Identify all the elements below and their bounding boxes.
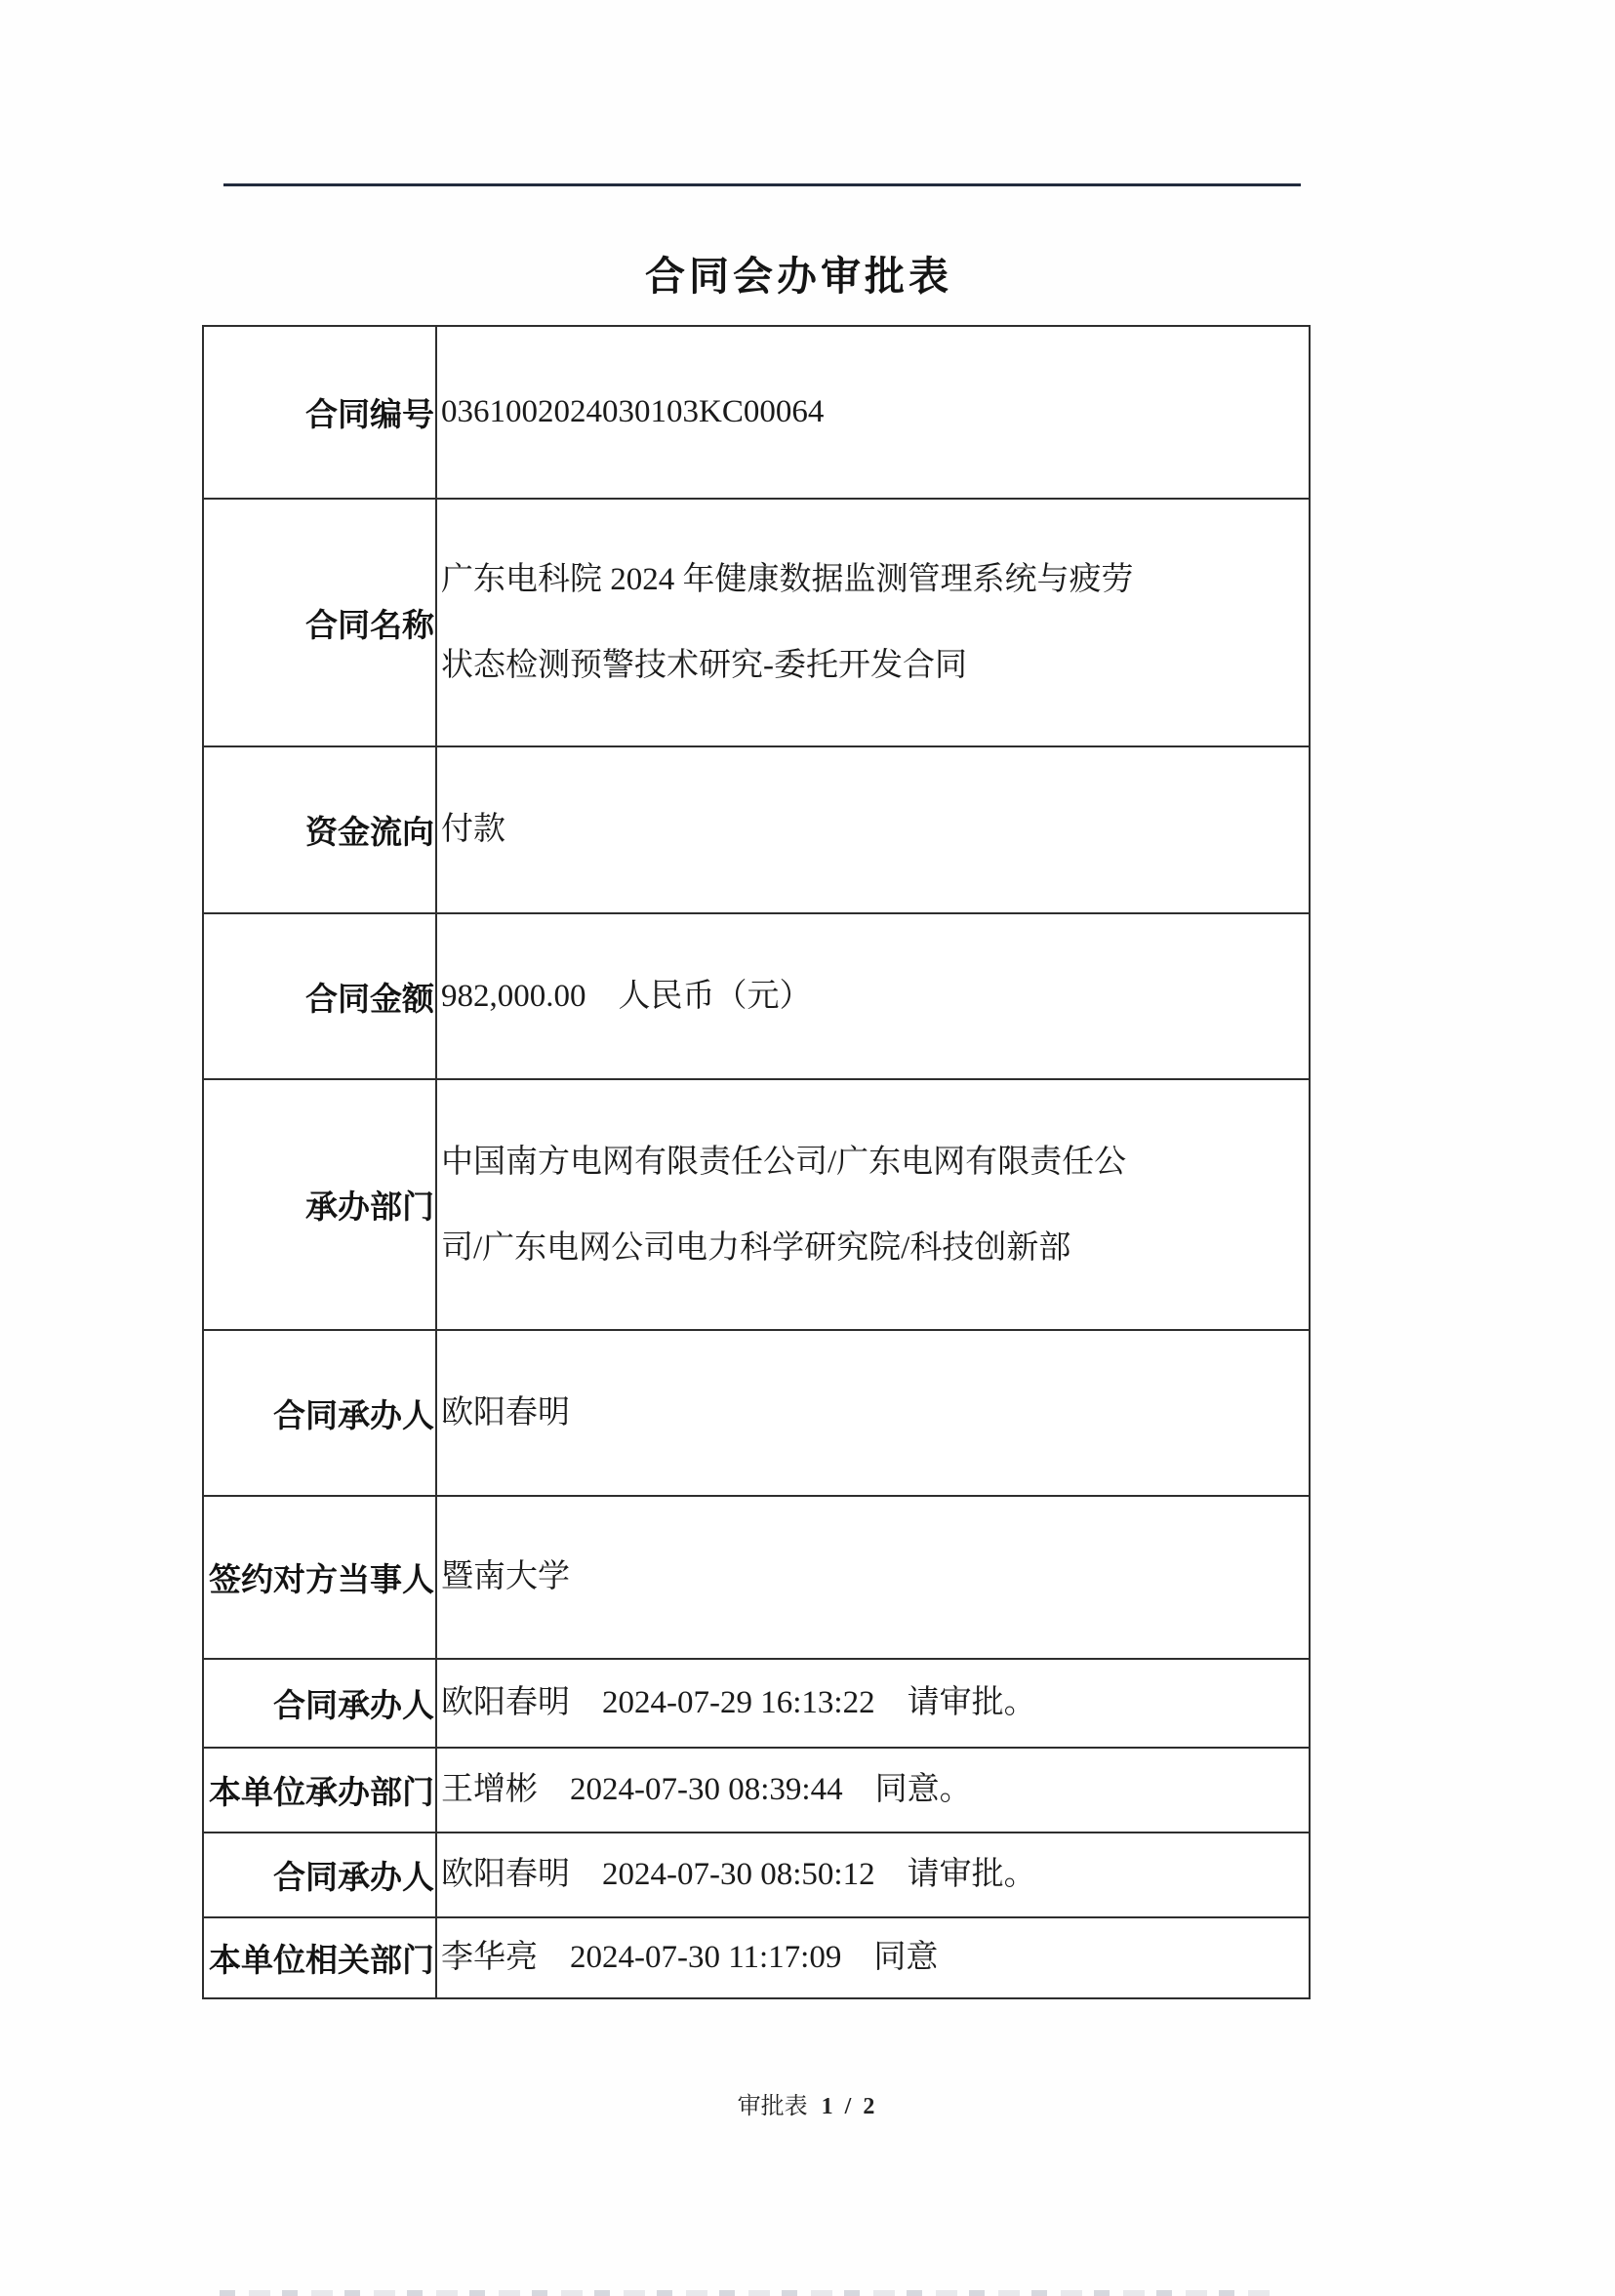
footer-label: 审批表: [738, 2094, 808, 2119]
table-row: 合同金额982,000.00 人民币（元）: [204, 912, 1309, 1078]
table-row: 资金流向付款: [204, 745, 1309, 912]
row-value: 欧阳春明 2024-07-30 08:50:12 请审批。: [437, 1833, 1309, 1916]
page-footer: 审批表1 / 2: [0, 2086, 1615, 2120]
row-value: 欧阳春明: [437, 1331, 1309, 1495]
row-label: 合同金额: [204, 914, 437, 1078]
table-row: 本单位相关部门李华亮 2024-07-30 11:17:09 同意: [204, 1916, 1309, 1997]
scanned-document-page: 合同会办审批表 合同编号0361002024030103KC00064合同名称广…: [0, 0, 1615, 2296]
row-label: 合同承办人: [204, 1833, 437, 1916]
row-label: 资金流向: [204, 747, 437, 912]
row-label: 本单位承办部门: [204, 1749, 437, 1832]
row-label: 承办部门: [204, 1080, 437, 1329]
row-value: 0361002024030103KC00064: [437, 327, 1309, 498]
approval-table: 合同编号0361002024030103KC00064合同名称广东电科院 202…: [202, 325, 1311, 1999]
row-value: 中国南方电网有限责任公司/广东电网有限责任公 司/广东电网公司电力科学研究院/科…: [437, 1080, 1309, 1329]
row-value: 欧阳春明 2024-07-29 16:13:22 请审批。: [437, 1660, 1309, 1747]
row-label: 签约对方当事人: [204, 1497, 437, 1658]
table-row: 合同承办人欧阳春明 2024-07-29 16:13:22 请审批。: [204, 1658, 1309, 1747]
table-row: 签约对方当事人暨南大学: [204, 1495, 1309, 1658]
row-value: 付款: [437, 747, 1309, 912]
footer-page-number: 1 / 2: [822, 2094, 878, 2119]
page-title: 合同会办审批表: [0, 244, 1606, 302]
table-row: 合同名称广东电科院 2024 年健康数据监测管理系统与疲劳 状态检测预警技术研究…: [204, 498, 1309, 745]
table-row: 本单位承办部门王增彬 2024-07-30 08:39:44 同意。: [204, 1747, 1309, 1832]
row-value: 王增彬 2024-07-30 08:39:44 同意。: [437, 1749, 1309, 1832]
table-row: 合同承办人欧阳春明 2024-07-30 08:50:12 请审批。: [204, 1832, 1309, 1916]
row-label: 合同承办人: [204, 1660, 437, 1747]
row-value: 广东电科院 2024 年健康数据监测管理系统与疲劳 状态检测预警技术研究-委托开…: [437, 500, 1309, 745]
row-label: 合同名称: [204, 500, 437, 745]
table-row: 合同承办人欧阳春明: [204, 1329, 1309, 1495]
row-value: 李华亮 2024-07-30 11:17:09 同意: [437, 1918, 1309, 1997]
table-row: 合同编号0361002024030103KC00064: [204, 327, 1309, 498]
row-label: 本单位相关部门: [204, 1918, 437, 1997]
row-label: 合同承办人: [204, 1331, 437, 1495]
table-row: 承办部门中国南方电网有限责任公司/广东电网有限责任公 司/广东电网公司电力科学研…: [204, 1078, 1309, 1329]
next-page-edge: [220, 2290, 1273, 2296]
row-label: 合同编号: [204, 327, 437, 498]
row-value: 暨南大学: [437, 1497, 1309, 1658]
header-rule: [223, 183, 1301, 186]
row-value: 982,000.00 人民币（元）: [437, 914, 1309, 1078]
